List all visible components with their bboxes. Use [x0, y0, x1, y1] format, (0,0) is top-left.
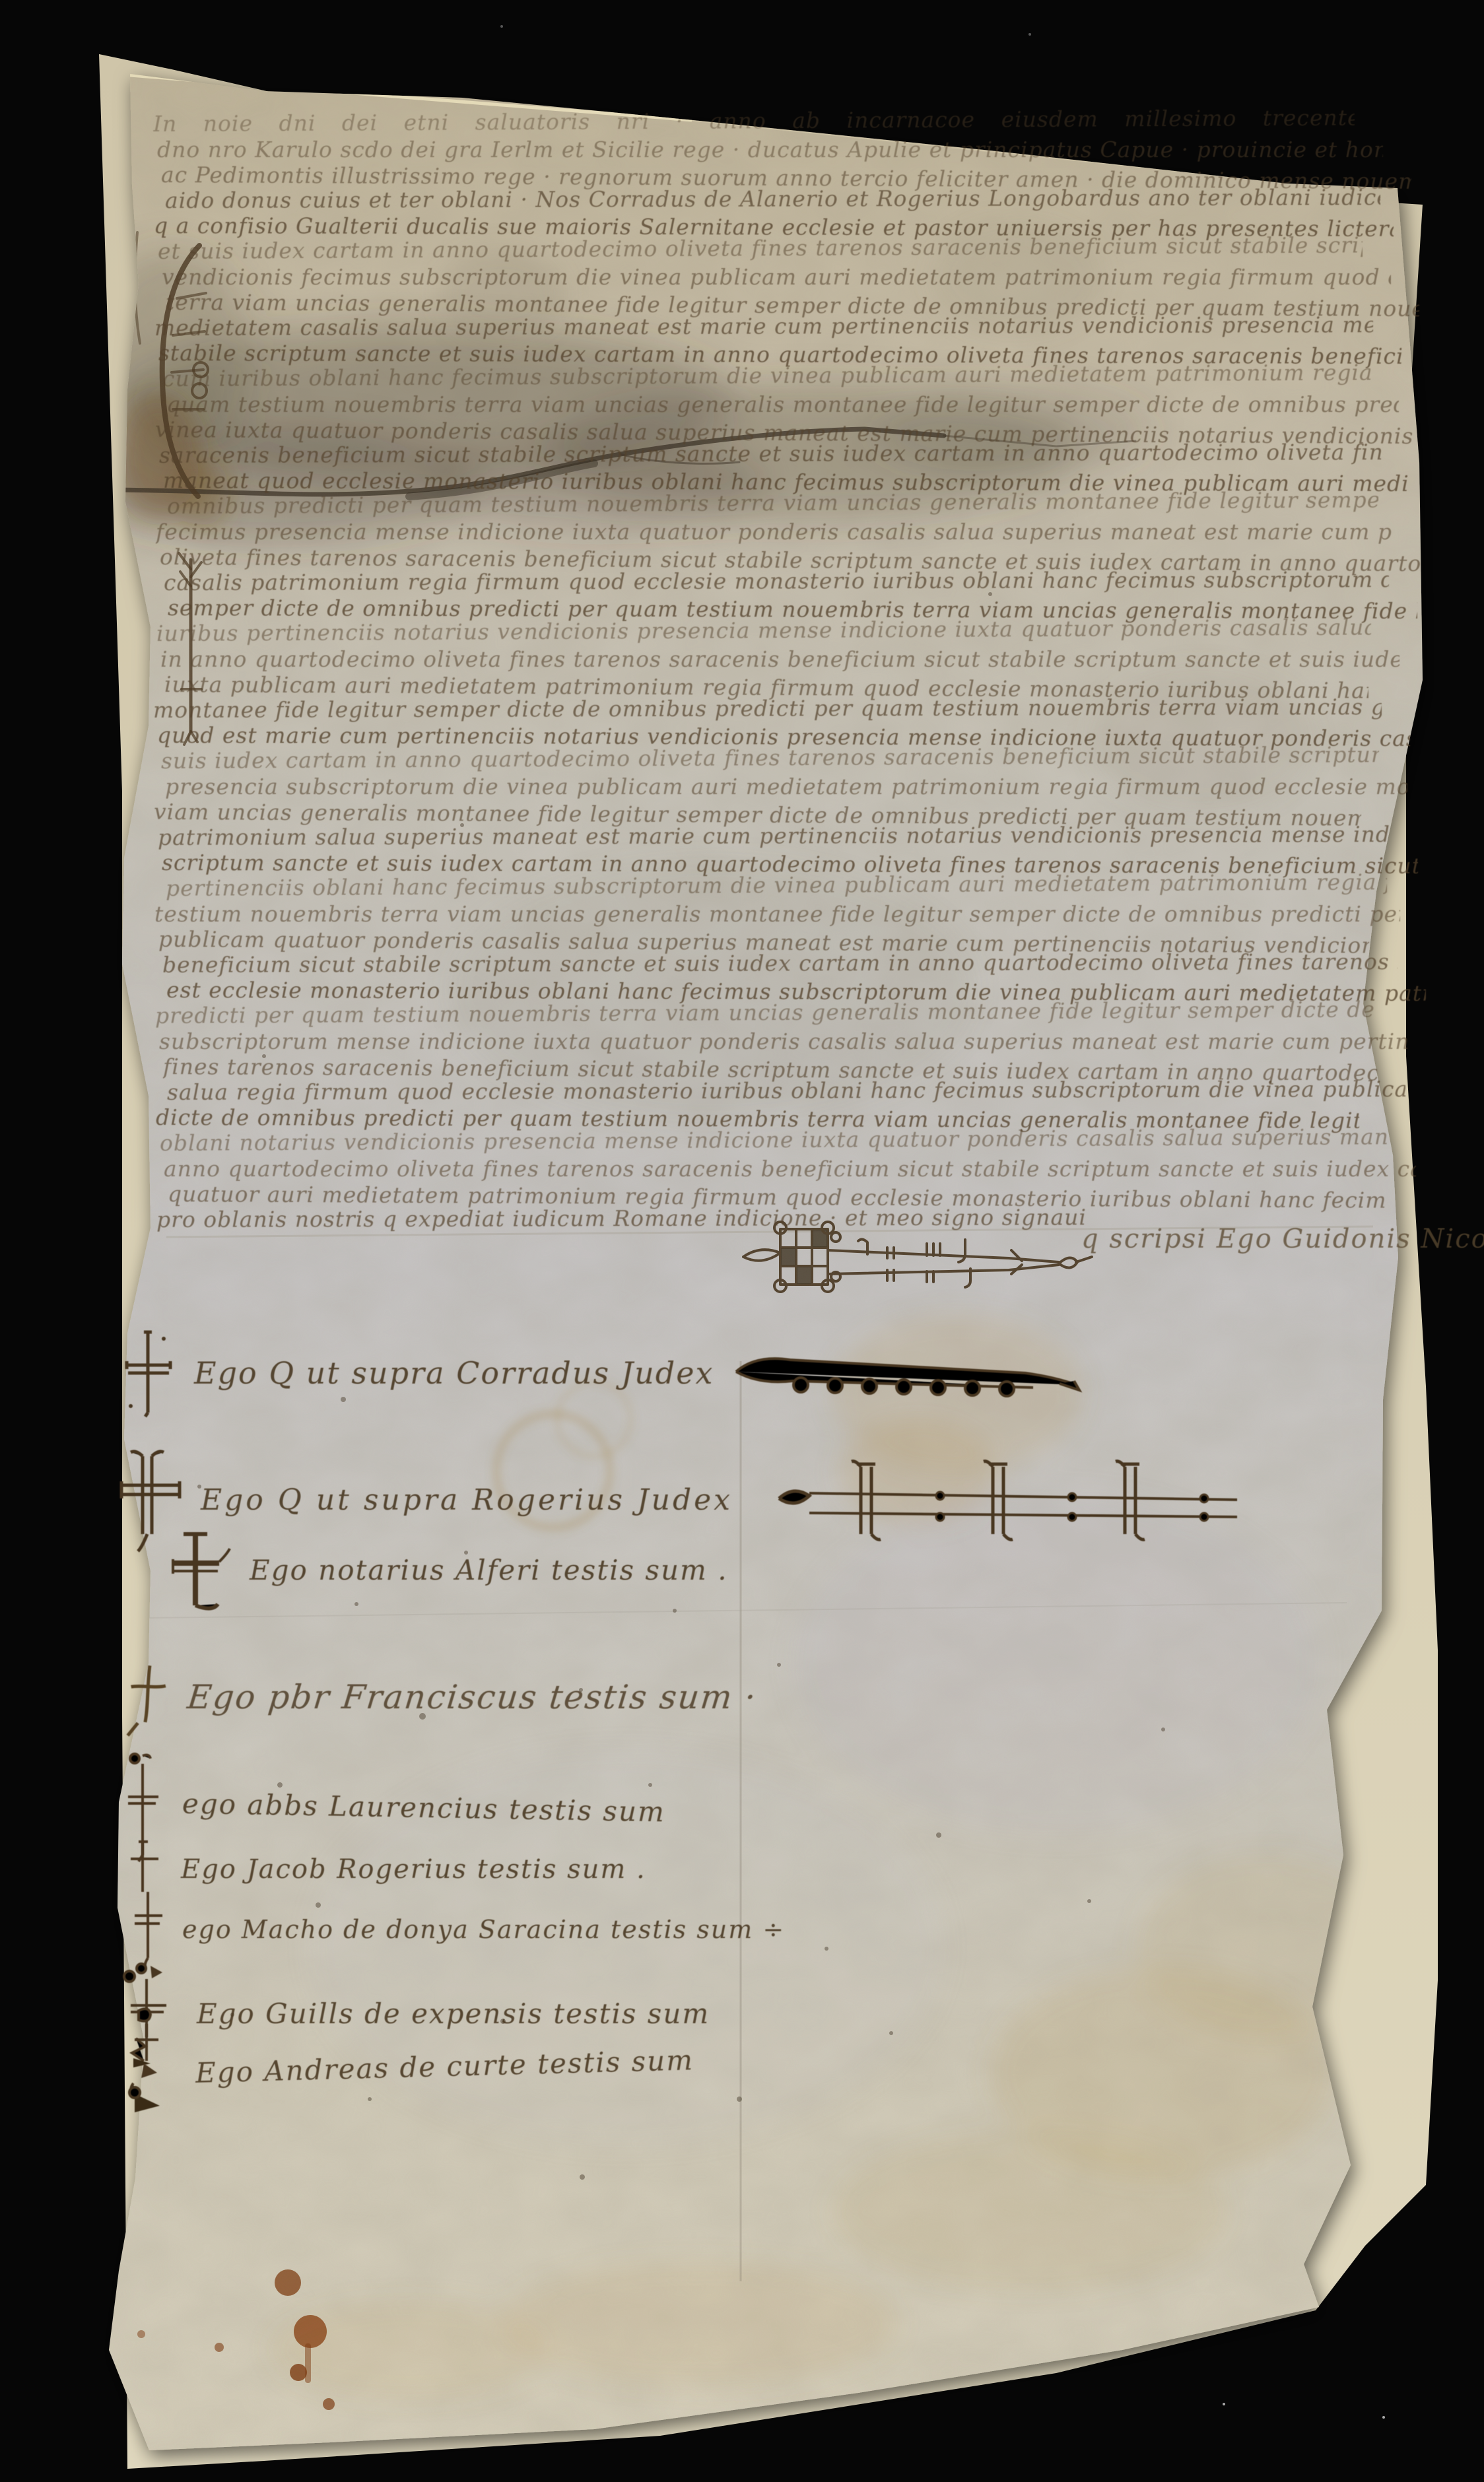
signature-row-corradus-judex: Ego Q ut supra Corradus Judex: [118, 1328, 1086, 1418]
signature-text: Ego Q ut supra Rogerius Judex: [201, 1483, 733, 1517]
signature-text: Ego Jacob Rogerius testis sum .: [181, 1854, 646, 1885]
double-bar-signum-flourish: [775, 1456, 1242, 1543]
signature-text: Ego Andreas de curte testis sum: [195, 2044, 694, 2089]
notary-completion-text: q scripsi Ego Guidonis Nicolaus: [1081, 1224, 1484, 1254]
signature-text: ego Macho de donya Saracina testis sum ÷: [182, 1915, 785, 1944]
loop-ruche-flourish: [729, 1345, 1086, 1401]
signature-text: Ego pbr Franciscus testis sum ·: [185, 1678, 759, 1716]
subscription-block: Ego Q ut supra Corradus Judex Ego Q ut s…: [0, 0, 1484, 2482]
decorated-cross-column-icon: [124, 2005, 180, 2127]
signature-row-notarius-alferi: Ego notarius Alferi testis sum .: [164, 1526, 744, 1613]
signature-text: Ego notarius Alferi testis sum .: [250, 1554, 728, 1586]
dotted-latin-cross-icon: [118, 1328, 178, 1418]
signature-row-presbiter-franciscus: Ego pbr Franciscus testis sum ·: [120, 1654, 772, 1741]
ornate-serif-cross-icon: [164, 1526, 234, 1613]
signature-text: Ego Q ut supra Corradus Judex: [194, 1355, 714, 1391]
signature-text: ego abbs Laurencius testis sum: [182, 1787, 666, 1828]
thin-slanted-cross-icon: [120, 1654, 172, 1741]
signature-row-andreas-curte: Ego Andreas de curte testis sum: [124, 2005, 710, 2127]
photograph-of-parchment-charter: In noie dni dei etni saluatoris nri · an…: [0, 0, 1484, 2482]
